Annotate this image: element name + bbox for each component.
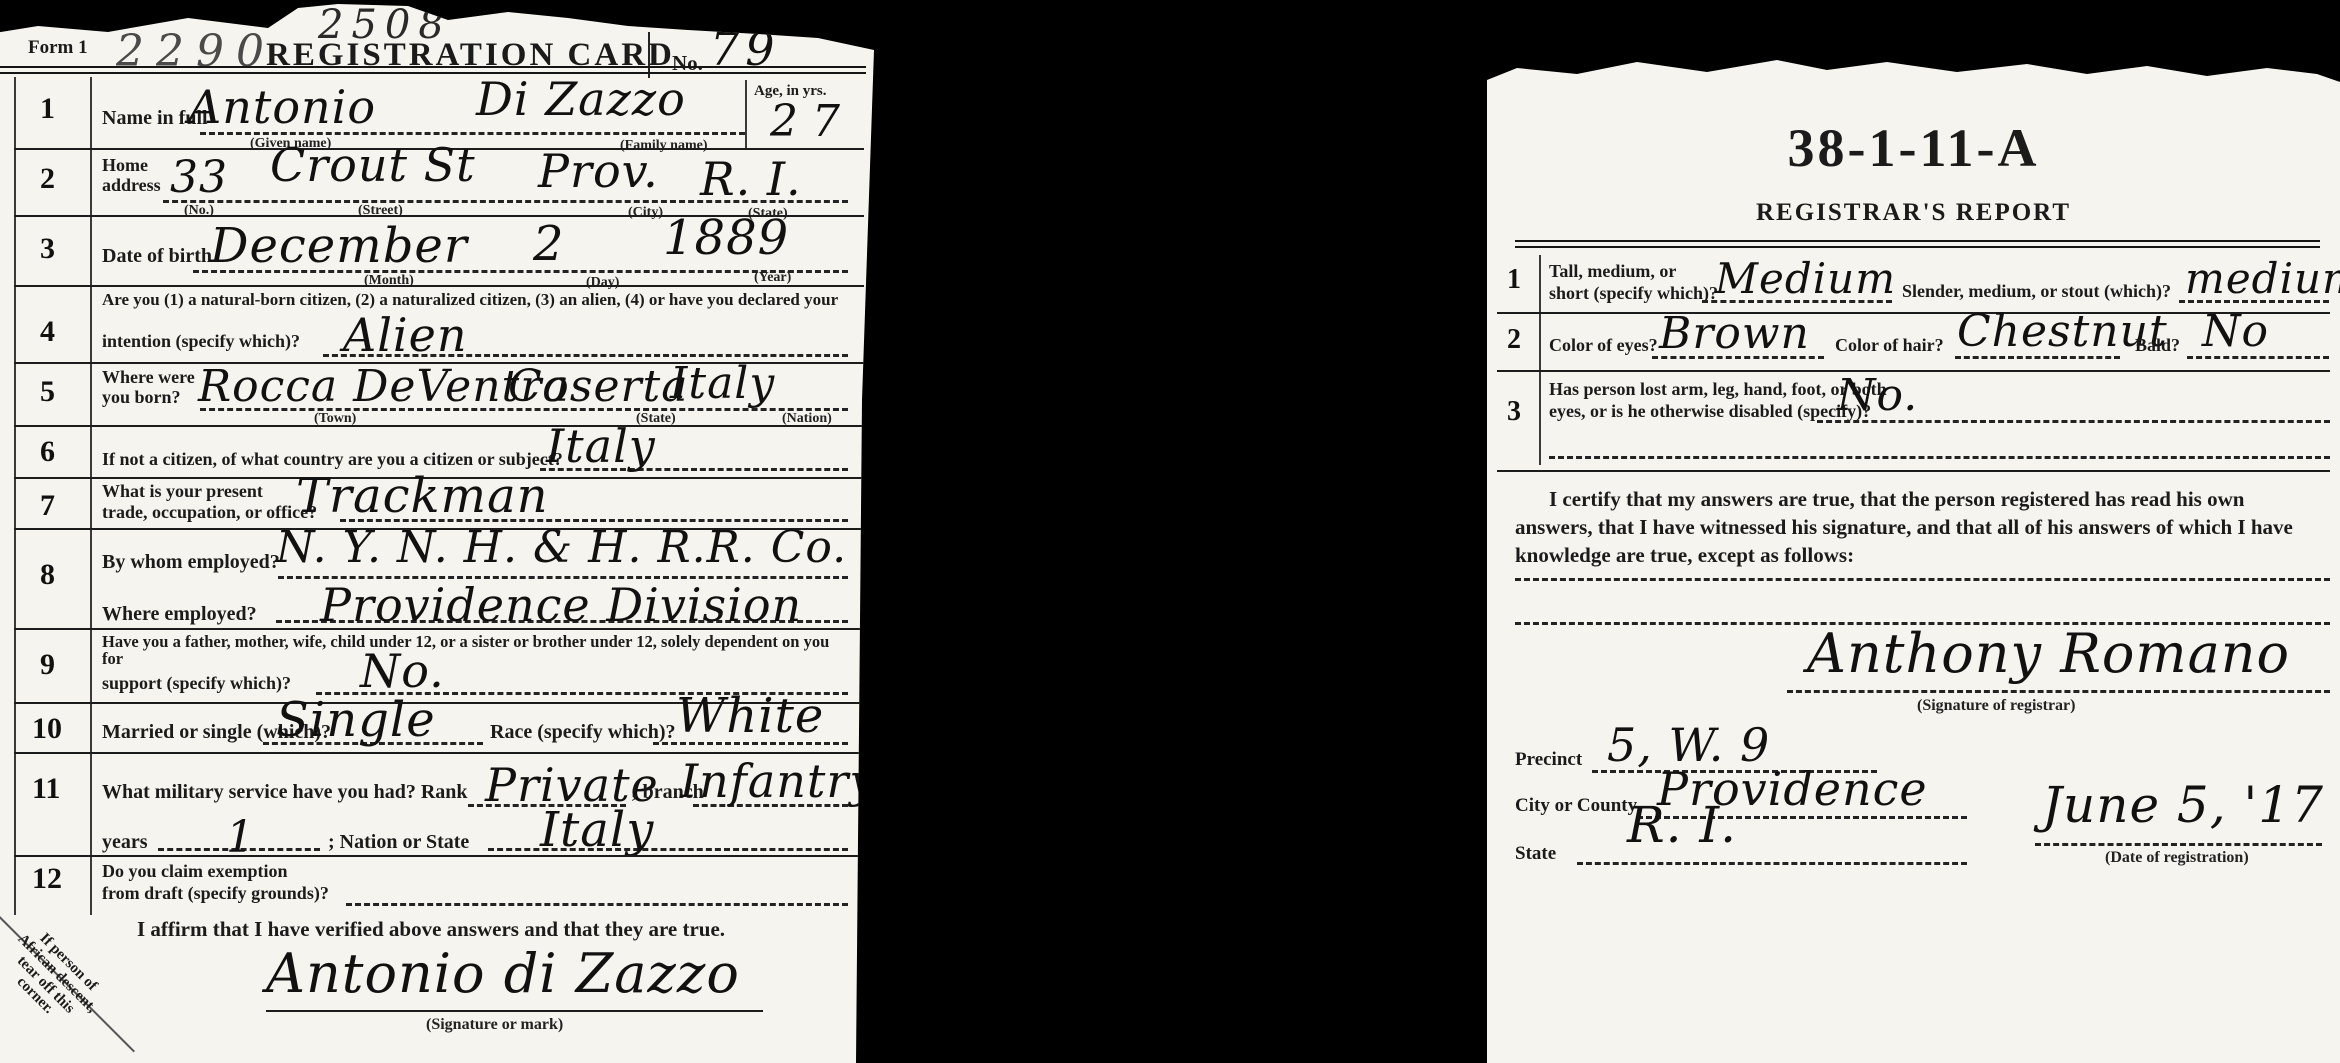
certification-line3: knowledge are true, except as follows: — [1515, 544, 1854, 566]
field12-label-2: from draft (specify grounds)? — [102, 884, 329, 903]
field4-question-line2: intention (specify which)? — [102, 332, 300, 351]
registration-date-value: June 5, '17 — [2042, 776, 2324, 834]
field6-label: If not a citizen, of what country are yo… — [102, 450, 563, 469]
report-field1-label-1a: Tall, medium, or — [1549, 262, 1676, 281]
field11-label-4: ; Nation or State — [328, 832, 469, 853]
nation-state-value: Italy — [540, 802, 654, 858]
address-no-value: 33 — [170, 152, 228, 203]
field8-label-2: Where employed? — [102, 604, 257, 625]
field4-number: 4 — [40, 315, 55, 349]
birthplace-state-value: Caserta — [508, 361, 688, 412]
field4-question-line1: Are you (1) a natural-born citizen, (2) … — [102, 291, 842, 309]
city-county-label: City or County — [1515, 796, 1637, 816]
name-family-value: Di Zazzo — [476, 72, 686, 126]
citizenship-value: Alien — [343, 308, 468, 362]
field2-label-2: address — [102, 176, 161, 195]
age-box-line — [745, 80, 747, 148]
race-value: White — [676, 688, 824, 744]
birth-year-value: 1889 — [663, 210, 789, 266]
address-street-value: Crout St — [270, 138, 476, 192]
report-title: REGISTRAR'S REPORT — [1487, 200, 2340, 226]
field8-number: 8 — [40, 558, 55, 592]
field9-number: 9 — [40, 648, 55, 682]
year-sublabel: (Year) — [754, 270, 791, 286]
row-rule — [14, 425, 864, 427]
signature-line — [1787, 690, 2330, 693]
report-field1-label-1b: short (specify which)? — [1549, 284, 1718, 303]
header-rule — [0, 66, 866, 74]
report-number-column-line — [1539, 255, 1541, 465]
certification-line2: answers, that I have witnessed his signa… — [1515, 516, 2293, 538]
report-section-rule — [1497, 470, 2330, 472]
field3-number: 3 — [40, 232, 55, 266]
certification-line1: I certify that my answers are true, that… — [1549, 488, 2244, 510]
signature-sublabel: (Signature or mark) — [426, 1016, 563, 1034]
field10-label-2: Race (specify which)? — [490, 722, 676, 743]
blank-fill-line — [1515, 578, 2330, 581]
field9-question-line2: support (specify which)? — [102, 674, 291, 693]
field8-label-1: By whom employed? — [102, 552, 280, 573]
registration-card: Form 1 2290 2508 REGISTRATION CARD No. 7… — [0, 0, 874, 1063]
field11-label-1: What military service have you had? Rank — [102, 782, 468, 803]
field2-label-1: Home — [102, 156, 148, 175]
scanned-document: Form 1 2290 2508 REGISTRATION CARD No. 7… — [0, 0, 2340, 1063]
address-state-value: R. I. — [700, 152, 802, 206]
report-header-rule — [1515, 240, 2320, 248]
build-value: medium — [2185, 254, 2340, 303]
birth-month-value: December — [210, 218, 468, 274]
fill-line — [346, 903, 848, 906]
registration-date-sublabel: (Date of registration) — [2105, 849, 2249, 867]
field11-label-3: years — [102, 832, 148, 853]
registrar-signature-sublabel: (Signature of registrar) — [1917, 697, 2075, 715]
field2-number: 2 — [40, 162, 55, 196]
trade-value: Trackman — [296, 468, 549, 524]
name-given-value: Antonio — [188, 80, 376, 134]
eyes-value: Brown — [1659, 308, 1810, 359]
field9-question-line1: Have you a father, mother, wife, child u… — [102, 633, 847, 668]
disability-value: No. — [1837, 370, 1918, 421]
day-sublabel: (Day) — [586, 275, 619, 291]
state-value: R. I. — [1627, 796, 1737, 854]
eyes-label: Color of eyes? — [1549, 336, 1658, 355]
field10-number: 10 — [32, 712, 62, 746]
city-sublabel: (City) — [628, 205, 663, 221]
row-rule — [14, 628, 864, 630]
number-column-line — [90, 77, 92, 915]
birthplace-nation-value: Italy — [670, 358, 775, 409]
field1-number: 1 — [40, 92, 55, 126]
employer-value: N. Y. N. H. & H. R.R. Co. — [276, 522, 847, 573]
registrars-report-card: 38-1-11-A REGISTRAR'S REPORT 1 Tall, med… — [1487, 0, 2340, 1063]
affirmation-text: I affirm that I have verified above answ… — [0, 918, 874, 940]
left-border-line — [14, 77, 16, 915]
fill-line — [2035, 843, 2322, 846]
age-value: 27 — [770, 96, 854, 147]
field12-label-1: Do you claim exemption — [102, 862, 287, 881]
bald-value: No — [2202, 306, 2269, 357]
fill-line — [1577, 862, 1967, 865]
field3-label: Date of birth — [102, 246, 212, 267]
report-field1-label-2: Slender, medium, or stout (which)? — [1902, 282, 2171, 301]
marital-status-value: Single — [276, 692, 436, 748]
address-city-value: Prov. — [538, 144, 659, 198]
birth-day-value: 2 — [533, 216, 565, 272]
dependents-value: No. — [360, 644, 445, 698]
row-rule — [14, 285, 864, 287]
field11-number: 11 — [32, 772, 60, 806]
report-code: 38-1-11-A — [1487, 120, 2340, 177]
field7-label-2: trade, occupation, or office? — [102, 503, 317, 522]
signature-line — [266, 1010, 763, 1012]
registrant-signature: Antonio di Zazzo — [266, 942, 740, 1005]
field5-label-2: you born? — [102, 388, 181, 407]
blank-fill-line — [1549, 456, 2330, 459]
bald-label: Bald? — [2135, 336, 2180, 355]
hair-label: Color of hair? — [1835, 336, 1944, 355]
subject-country-value: Italy — [546, 419, 656, 473]
height-value: Medium — [1715, 254, 1896, 303]
form-label: Form 1 — [28, 38, 88, 58]
report-field3-number: 3 — [1507, 396, 1521, 428]
precinct-label: Precinct — [1515, 750, 1582, 770]
field5-number: 5 — [40, 375, 55, 409]
field7-label-1: What is your present — [102, 482, 263, 501]
branch-value: Infantry — [680, 754, 876, 808]
field6-number: 6 — [40, 435, 55, 469]
field7-number: 7 — [40, 489, 55, 523]
disability-label-2: eyes, or is he otherwise disabled (speci… — [1549, 402, 1871, 421]
report-field2-number: 2 — [1507, 324, 1521, 356]
report-field1-number: 1 — [1507, 264, 1521, 296]
employed-where-value: Providence Division — [320, 578, 802, 632]
field5-label-1: Where were — [102, 368, 195, 387]
row-rule — [14, 855, 864, 857]
registrar-signature: Anthony Romano — [1807, 622, 2290, 685]
field12-number: 12 — [32, 862, 62, 896]
state-label: State — [1515, 844, 1556, 864]
